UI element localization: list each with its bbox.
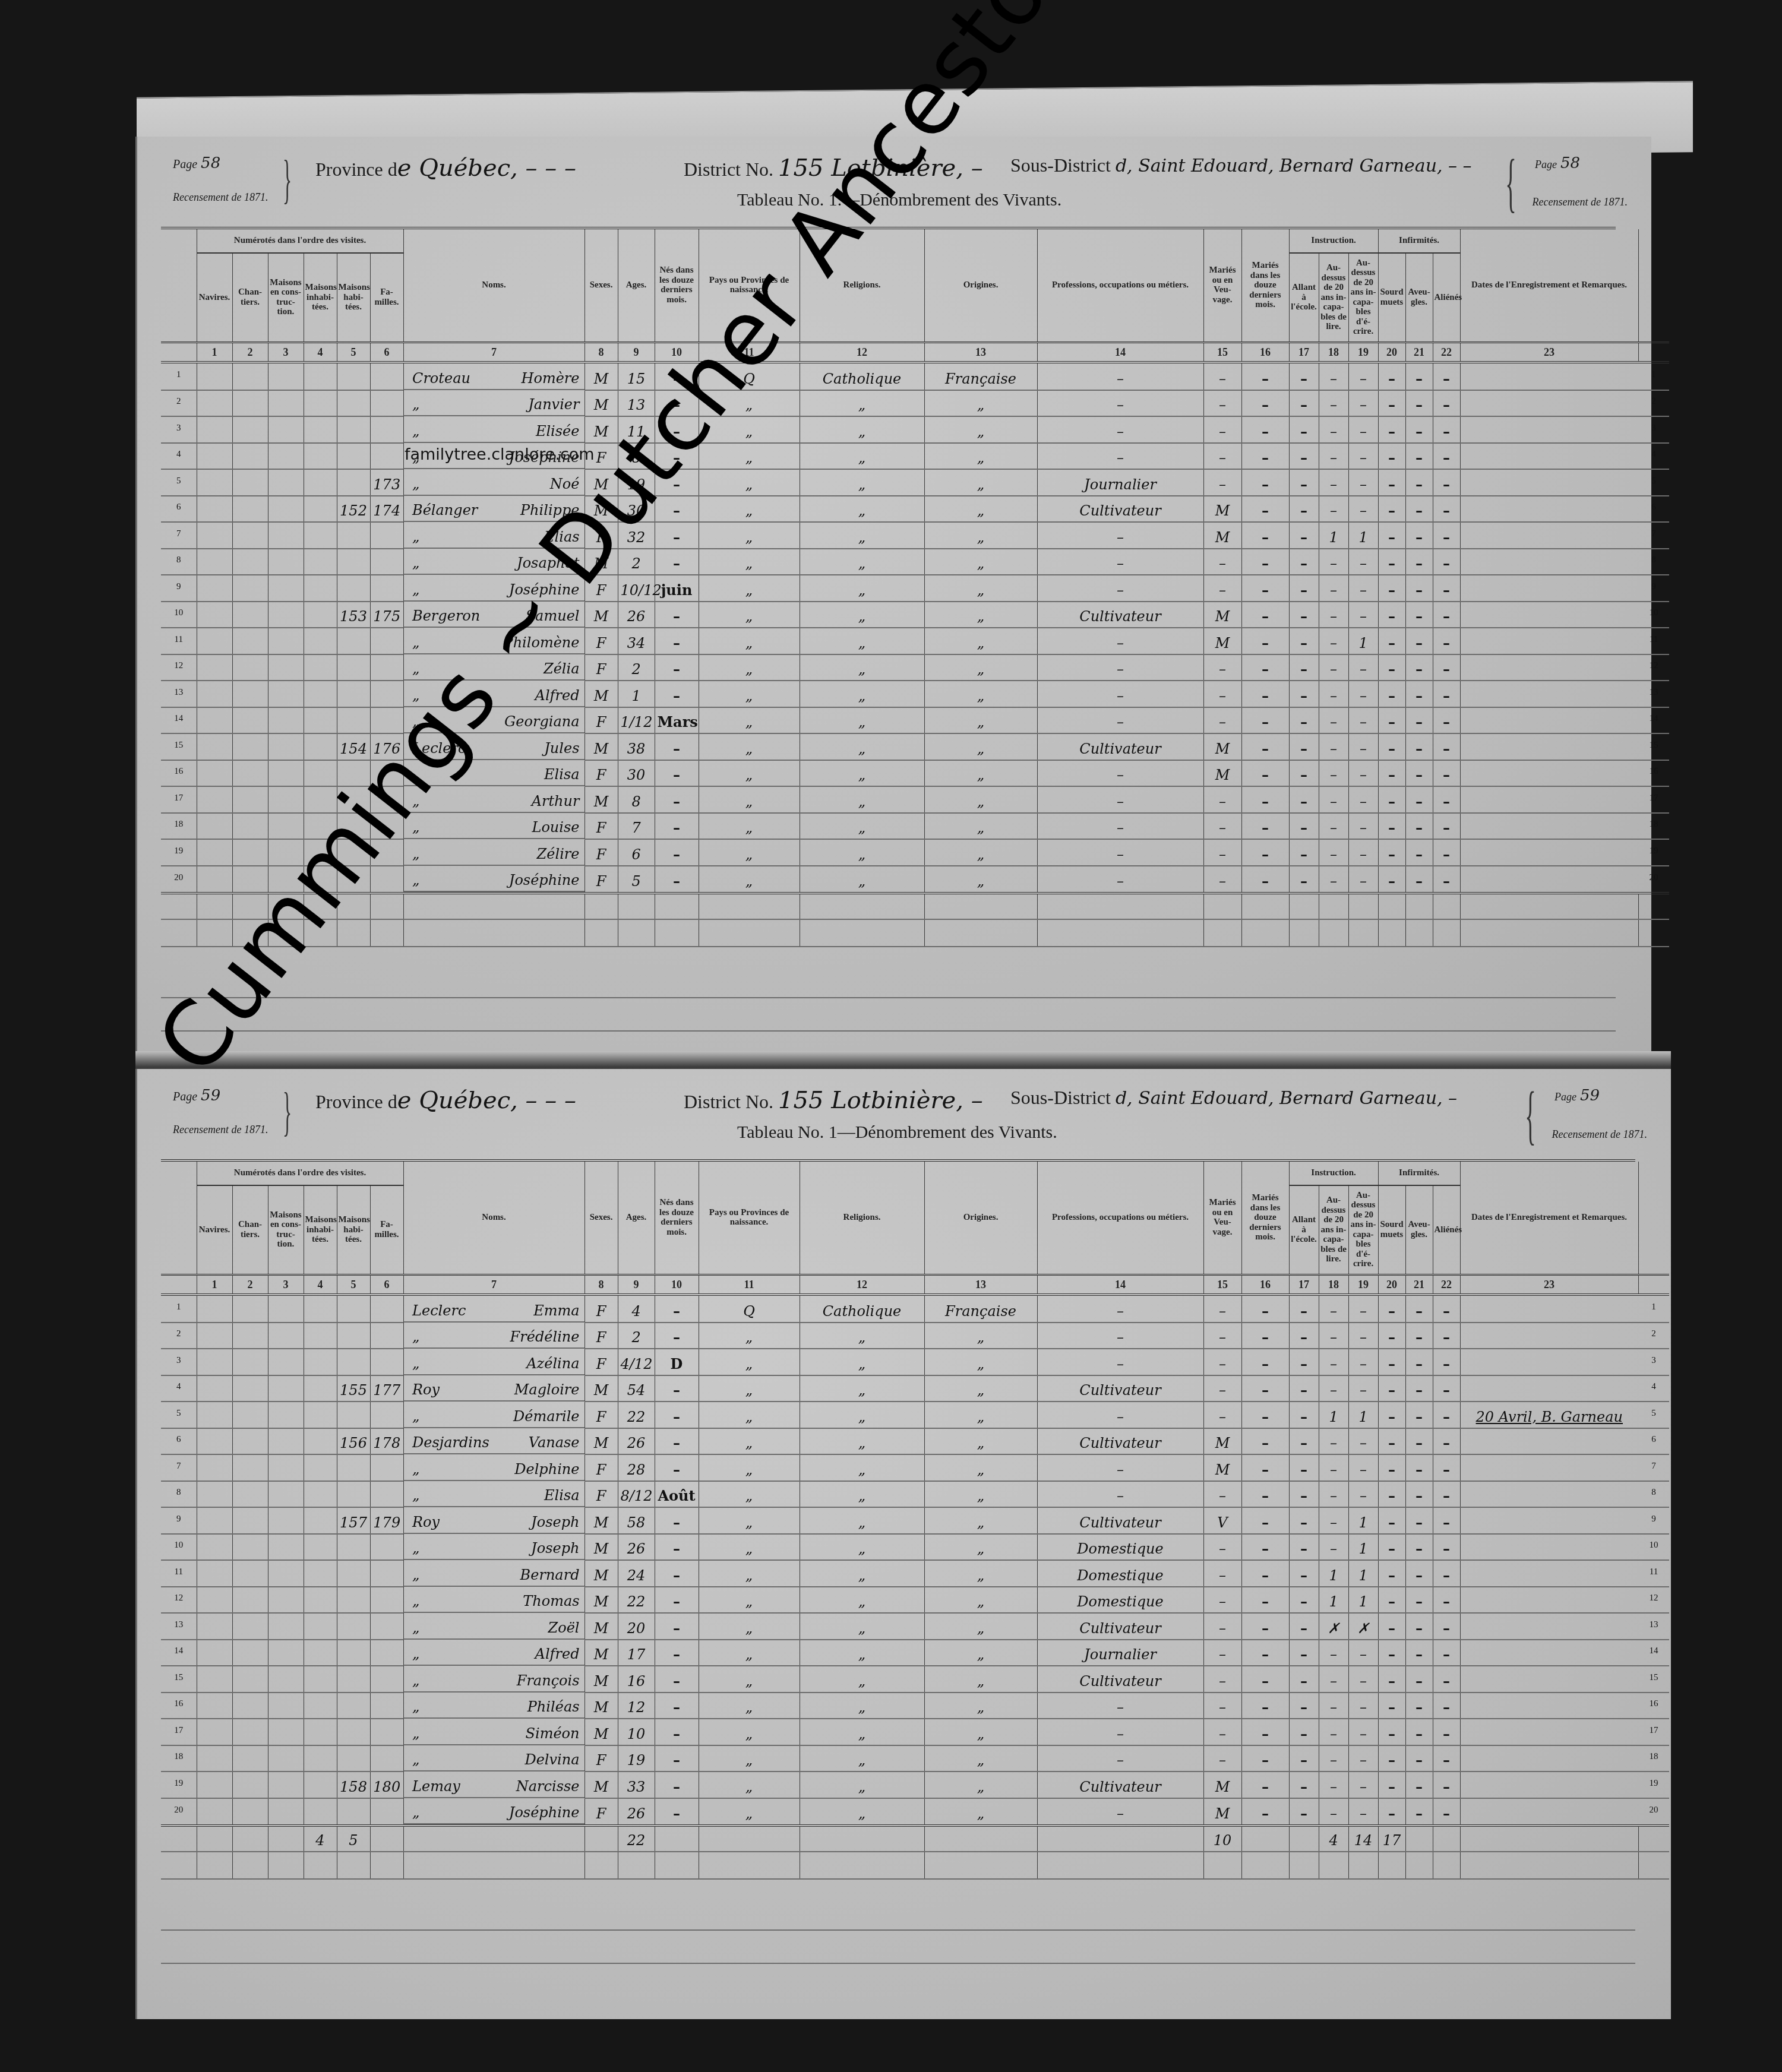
remarks-cell: 20 Avril, B. Garneau (1460, 1402, 1638, 1428)
sex-cell: F (584, 1323, 618, 1349)
school-cell: – (1289, 1719, 1319, 1745)
maisons-habitees-cell: 153 (337, 602, 370, 628)
origin-cell: „ (924, 813, 1037, 840)
maisons-habitees-cell (337, 1587, 370, 1614)
navires-cell (197, 1745, 232, 1772)
brace-left: } (283, 1086, 292, 1139)
insane-cell: – (1433, 654, 1460, 681)
header-aveugles: Aveu-gles. (1405, 253, 1433, 342)
illit-read-cell: – (1319, 707, 1348, 734)
deaf-cell: – (1378, 1666, 1405, 1693)
page-number-left: Page59 (173, 1087, 220, 1105)
given-name: Elisa (544, 766, 580, 783)
born-cell: – (655, 786, 699, 813)
born-cell: – (655, 654, 699, 681)
recensement-label-left: Recensement de 1871. (173, 191, 268, 204)
born-cell: juin (655, 575, 699, 602)
line-number: 6 (161, 496, 197, 523)
insane-cell: – (1433, 416, 1460, 443)
married12-cell: – (1241, 362, 1289, 390)
line-number: 7 (1638, 1454, 1669, 1481)
chantiers-cell (232, 1560, 268, 1587)
origin-cell: „ (924, 1507, 1037, 1534)
maisons-inhabitees-cell (304, 1745, 337, 1772)
line-number: 10 (1638, 602, 1669, 628)
maisons-habitees-cell (337, 1798, 370, 1826)
insane-cell: – (1433, 733, 1460, 760)
deaf-cell: – (1378, 496, 1405, 523)
birthplace-cell: „ (699, 602, 800, 628)
familles-cell (370, 1745, 403, 1772)
maisons-habitees-cell (337, 1534, 370, 1561)
sex-cell: M (584, 1534, 618, 1561)
remarks-cell (1460, 1428, 1638, 1455)
census-row: 10„JosephM26–„„„Domestique––––1–––10 (161, 1534, 1669, 1561)
married12-cell: – (1241, 733, 1289, 760)
religion-cell: „ (800, 1375, 924, 1402)
religion-cell: „ (800, 1428, 924, 1455)
illit-write-cell: – (1348, 681, 1378, 707)
origin-cell: „ (924, 1613, 1037, 1640)
surname: „ (412, 1751, 419, 1768)
chantiers-cell (232, 549, 268, 575)
deaf-cell: – (1378, 733, 1405, 760)
given-name: Louise (532, 819, 579, 836)
surname: „ (412, 846, 419, 862)
born-cell: – (655, 1640, 699, 1666)
header-instruction-group: Instruction. (1289, 229, 1378, 253)
maisons-construction-cell (268, 443, 304, 470)
census-row: 3„AzélinaF4/12D„„„–––––––––3 (161, 1349, 1669, 1375)
profession-cell: Domestique (1037, 1587, 1203, 1614)
birthplace-cell: „ (699, 1534, 800, 1561)
navires-cell (197, 602, 232, 628)
header-maries-douze: Mariés dans les douze derniers mois. (1241, 1162, 1289, 1274)
sex-cell: F (584, 1481, 618, 1508)
navires-cell (197, 469, 232, 496)
line-number: 16 (1638, 760, 1669, 787)
insane-cell: – (1433, 1719, 1460, 1745)
maisons-construction-cell (268, 786, 304, 813)
blind-cell: – (1405, 786, 1433, 813)
married12-cell: – (1241, 813, 1289, 840)
remarks-cell (1460, 654, 1638, 681)
remarks-cell (1460, 813, 1638, 840)
line-number: 16 (161, 760, 197, 787)
married12-cell: – (1241, 681, 1289, 707)
illit-read-cell: – (1319, 733, 1348, 760)
header-maisons-construction: Maisons en cons-truc-tion. (268, 253, 304, 342)
insane-cell: – (1433, 1587, 1460, 1614)
header-maisons-habitees: Maisons habi-tées. (337, 1185, 370, 1274)
maisons-construction-cell (268, 1613, 304, 1640)
deaf-cell: – (1378, 813, 1405, 840)
profession-cell: – (1037, 390, 1203, 417)
origin-cell: „ (924, 1402, 1037, 1428)
surname: „ (412, 581, 419, 598)
maisons-inhabitees-cell (304, 1349, 337, 1375)
origin-cell: „ (924, 1666, 1037, 1693)
illit-write-cell: – (1348, 496, 1378, 523)
surname: „ (412, 1593, 419, 1609)
maisons-habitees-cell (337, 1560, 370, 1587)
blind-cell: – (1405, 575, 1433, 602)
illit-write-cell: – (1348, 1454, 1378, 1481)
origin-cell: „ (924, 522, 1037, 549)
chantiers-cell (232, 839, 268, 866)
sex-cell: M (584, 1375, 618, 1402)
birthplace-cell: „ (699, 1640, 800, 1666)
school-cell: – (1289, 1613, 1319, 1640)
married-cell: – (1203, 839, 1241, 866)
navires-cell (197, 549, 232, 575)
name-cell: „Azélina (403, 1349, 584, 1375)
chantiers-cell (232, 575, 268, 602)
origin-cell: Française (924, 362, 1037, 390)
illit-read-cell: – (1319, 549, 1348, 575)
blind-cell: – (1405, 654, 1433, 681)
profession-cell: Journalier (1037, 1640, 1203, 1666)
navires-cell (197, 1454, 232, 1481)
school-cell: – (1289, 1798, 1319, 1826)
line-number: 20 (1638, 866, 1669, 894)
illit-write-cell: – (1348, 1349, 1378, 1375)
header-sexes: Sexes. (584, 1162, 618, 1274)
maisons-habitees-cell (337, 469, 370, 496)
birthplace-cell: „ (699, 575, 800, 602)
deaf-cell: – (1378, 839, 1405, 866)
religion-cell: „ (800, 839, 924, 866)
line-number: 5 (161, 1402, 197, 1428)
religion-cell: „ (800, 1454, 924, 1481)
married12-cell: – (1241, 654, 1289, 681)
maisons-habitees-cell (337, 1745, 370, 1772)
maisons-habitees-cell (337, 707, 370, 734)
chantiers-cell (232, 1323, 268, 1349)
insane-cell: – (1433, 681, 1460, 707)
chantiers-cell (232, 654, 268, 681)
insane-cell: – (1433, 786, 1460, 813)
remarks-cell (1460, 760, 1638, 787)
given-name: Elisée (536, 423, 580, 439)
birthplace-cell: „ (699, 1402, 800, 1428)
line-number: 10 (1638, 1534, 1669, 1561)
insane-cell: – (1433, 1772, 1460, 1798)
remarks-cell (1460, 1295, 1638, 1323)
chantiers-cell (232, 1454, 268, 1481)
line-number: 7 (161, 1454, 197, 1481)
profession-cell: Cultivateur (1037, 602, 1203, 628)
birthplace-cell: „ (699, 469, 800, 496)
school-cell: – (1289, 1375, 1319, 1402)
chantiers-cell (232, 1640, 268, 1666)
surname: „ (412, 423, 419, 439)
religion-cell: „ (800, 813, 924, 840)
deaf-cell: – (1378, 681, 1405, 707)
origin-cell: „ (924, 602, 1037, 628)
chantiers-cell (232, 1402, 268, 1428)
line-number: 15 (161, 733, 197, 760)
remarks-cell (1460, 1772, 1638, 1798)
illit-read-cell: – (1319, 1375, 1348, 1402)
remarks-cell (1460, 1719, 1638, 1745)
married-cell: – (1203, 1719, 1241, 1745)
blind-cell: – (1405, 1613, 1433, 1640)
maisons-construction-cell (268, 1481, 304, 1508)
deaf-cell: – (1378, 760, 1405, 787)
birthplace-cell: „ (699, 733, 800, 760)
illit-read-cell: 1 (1319, 1402, 1348, 1428)
religion-cell: „ (800, 1745, 924, 1772)
maisons-inhabitees-cell (304, 469, 337, 496)
line-number: 2 (1638, 390, 1669, 417)
insane-cell: – (1433, 1640, 1460, 1666)
born-cell: – (655, 1613, 699, 1640)
illit-write-cell: – (1348, 1719, 1378, 1745)
census-rows: 1LeclercEmmaF4–QCatholiqueFrançaise–––––… (161, 1295, 1669, 1826)
born-cell: – (655, 1507, 699, 1534)
married-cell: – (1203, 786, 1241, 813)
header-maisons-construction: Maisons en cons-truc-tion. (268, 1185, 304, 1274)
header-maries-douze: Mariés dans les douze derniers mois. (1241, 229, 1289, 342)
given-name: Vanase (529, 1434, 580, 1451)
school-cell: – (1289, 1560, 1319, 1587)
given-name: Alfred (535, 1646, 580, 1662)
profession-cell: – (1037, 575, 1203, 602)
maisons-construction-cell (268, 549, 304, 575)
remarks-cell (1460, 575, 1638, 602)
birthplace-cell: „ (699, 1560, 800, 1587)
surname: Roy (412, 1381, 440, 1398)
census-row: 11„BernardM24–„„„Domestique–––11–––11 (161, 1560, 1669, 1587)
maisons-inhabitees-cell (304, 1534, 337, 1561)
chantiers-cell (232, 681, 268, 707)
header-maries: Mariés ou en Veu-vage. (1203, 1162, 1241, 1274)
maisons-construction-cell (268, 628, 304, 654)
age-cell: 26 (618, 1534, 655, 1561)
born-cell: – (655, 628, 699, 654)
name-cell: „Siméon (403, 1719, 584, 1745)
census-row: 7„EliasF32–„„„–M––11–––7 (161, 522, 1669, 549)
born-cell: Mars (655, 707, 699, 734)
profession-cell: – (1037, 416, 1203, 443)
blind-cell: – (1405, 707, 1433, 734)
birthplace-cell: „ (699, 549, 800, 575)
sex-cell: M (584, 1719, 618, 1745)
line-number: 9 (161, 1507, 197, 1534)
remarks-cell (1460, 602, 1638, 628)
school-cell: – (1289, 469, 1319, 496)
insane-cell: – (1433, 1323, 1460, 1349)
birthplace-cell: Q (699, 1295, 800, 1323)
illit-write-cell: – (1348, 390, 1378, 417)
line-number: 4 (1638, 1375, 1669, 1402)
census-row: 7„DelphineF28–„„„–M–––––––7 (161, 1454, 1669, 1481)
illit-read-cell: – (1319, 1693, 1348, 1719)
birthplace-cell: „ (699, 1587, 800, 1614)
deaf-cell: – (1378, 469, 1405, 496)
surname: „ (412, 872, 419, 888)
surname: Leclerc (412, 1302, 466, 1319)
origin-cell: „ (924, 628, 1037, 654)
chantiers-cell (232, 1481, 268, 1508)
deaf-cell: – (1378, 1640, 1405, 1666)
age-cell: 22 (618, 1587, 655, 1614)
profession-cell: Cultivateur (1037, 733, 1203, 760)
illit-read-cell: – (1319, 1666, 1348, 1693)
line-number: 10 (161, 602, 197, 628)
maisons-inhabitees-cell (304, 549, 337, 575)
religion-cell: „ (800, 1349, 924, 1375)
maisons-construction-cell (268, 1349, 304, 1375)
birthplace-cell: „ (699, 707, 800, 734)
chantiers-cell (232, 1719, 268, 1745)
maisons-construction-cell (268, 1798, 304, 1826)
insane-cell: – (1433, 549, 1460, 575)
married12-cell: – (1241, 1613, 1289, 1640)
remarks-cell (1460, 390, 1638, 417)
school-cell: – (1289, 1323, 1319, 1349)
surname: „ (412, 396, 419, 413)
name-cell: CroteauHomère (403, 363, 584, 390)
sex-cell: F (584, 1454, 618, 1481)
sex-cell: F (584, 1745, 618, 1772)
married-cell: M (1203, 760, 1241, 787)
maisons-habitees-cell (337, 1719, 370, 1745)
maisons-inhabitees-cell (304, 1772, 337, 1798)
navires-cell (197, 1666, 232, 1693)
married-cell: M (1203, 522, 1241, 549)
remarks-cell (1460, 1560, 1638, 1587)
chantiers-cell (232, 813, 268, 840)
header-aveugles: Aveu-gles. (1405, 1185, 1433, 1274)
insane-cell: – (1433, 866, 1460, 894)
profession-cell: Cultivateur (1037, 1507, 1203, 1534)
familles-cell (370, 1560, 403, 1587)
origin-cell: „ (924, 839, 1037, 866)
school-cell: – (1289, 681, 1319, 707)
familles-cell (370, 1587, 403, 1614)
surname: Lemay (412, 1778, 460, 1795)
illit-write-cell: – (1348, 1323, 1378, 1349)
age-cell: 10/12 (618, 575, 655, 602)
religion-cell: „ (800, 1798, 924, 1826)
line-number: 16 (161, 1693, 197, 1719)
familles-cell (370, 1613, 403, 1640)
age-cell: 1/12 (618, 707, 655, 734)
blind-cell: – (1405, 1428, 1433, 1455)
insane-cell: – (1433, 362, 1460, 390)
line-number: 18 (161, 813, 197, 840)
remarks-cell (1460, 443, 1638, 470)
deaf-cell: – (1378, 1534, 1405, 1561)
maisons-habitees-cell (337, 362, 370, 390)
born-cell: D (655, 1349, 699, 1375)
page-number-right: Page59 (1554, 1087, 1600, 1105)
illit-read-cell: – (1319, 1295, 1348, 1323)
illit-write-cell: 1 (1348, 1560, 1378, 1587)
line-number: 8 (161, 1481, 197, 1508)
census-row: 1CroteauHomèreM15–QCatholiqueFrançaise––… (161, 362, 1669, 390)
surname: „ (412, 1355, 419, 1372)
religion-cell: „ (800, 1481, 924, 1508)
illit-write-cell: 1 (1348, 522, 1378, 549)
familles-cell (370, 362, 403, 390)
age-cell: 2 (618, 1323, 655, 1349)
age-cell: 8/12 (618, 1481, 655, 1508)
school-cell: – (1289, 786, 1319, 813)
line-number: 17 (1638, 786, 1669, 813)
sex-cell: M (584, 1613, 618, 1640)
name-cell: LemayNarcisse (403, 1772, 584, 1798)
line-number: 13 (161, 681, 197, 707)
sex-cell: M (584, 681, 618, 707)
insane-cell: – (1433, 1454, 1460, 1481)
line-number: 18 (1638, 1745, 1669, 1772)
illit-read-cell: – (1319, 681, 1348, 707)
married-cell: V (1203, 1507, 1241, 1534)
maisons-construction-cell (268, 1745, 304, 1772)
chantiers-cell (232, 1745, 268, 1772)
remarks-cell (1460, 628, 1638, 654)
header-navires: Navires. (197, 253, 232, 342)
school-cell: – (1289, 549, 1319, 575)
given-name: Thomas (523, 1593, 579, 1609)
married12-cell: – (1241, 760, 1289, 787)
remarks-cell (1460, 786, 1638, 813)
insane-cell: – (1433, 1798, 1460, 1826)
surname: „ (412, 1567, 419, 1583)
origin-cell: „ (924, 1719, 1037, 1745)
line-number: 14 (161, 707, 197, 734)
profession-cell: – (1037, 1719, 1203, 1745)
school-cell: – (1289, 362, 1319, 390)
surname: „ (412, 1646, 419, 1662)
married12-cell: – (1241, 786, 1289, 813)
birthplace-cell: „ (699, 1454, 800, 1481)
married12-cell: – (1241, 575, 1289, 602)
born-cell: – (655, 549, 699, 575)
sex-cell: F (584, 1295, 618, 1323)
sex-cell: M (584, 390, 618, 417)
header-remarques: Dates de l'Enregistrement et Remarques. (1460, 1162, 1638, 1274)
married12-cell: – (1241, 1693, 1289, 1719)
born-cell: – (655, 1560, 699, 1587)
district-field: District No. 155 Lotbinière, – (684, 1087, 983, 1114)
birthplace-cell: „ (699, 1349, 800, 1375)
illit-write-cell: – (1348, 707, 1378, 734)
header-incapables-lire: Au-dessus de 20 ans in-capa-bles de lire… (1319, 1185, 1348, 1274)
religion-cell: „ (800, 1560, 924, 1587)
line-number: 14 (1638, 707, 1669, 734)
age-cell: 22 (618, 1402, 655, 1428)
profession-cell: – (1037, 654, 1203, 681)
maisons-construction-cell (268, 1323, 304, 1349)
navires-cell (197, 1375, 232, 1402)
married-cell: – (1203, 1693, 1241, 1719)
profession-cell: – (1037, 443, 1203, 470)
remarks-cell (1460, 1613, 1638, 1640)
illit-read-cell: – (1319, 469, 1348, 496)
born-cell: – (655, 1295, 699, 1323)
deaf-cell: – (1378, 1323, 1405, 1349)
illit-write-cell: – (1348, 416, 1378, 443)
remarks-cell (1460, 1481, 1638, 1508)
origin-cell: „ (924, 786, 1037, 813)
maisons-habitees-cell (337, 1666, 370, 1693)
origin-cell: „ (924, 1745, 1037, 1772)
remarks-cell (1460, 1534, 1638, 1561)
